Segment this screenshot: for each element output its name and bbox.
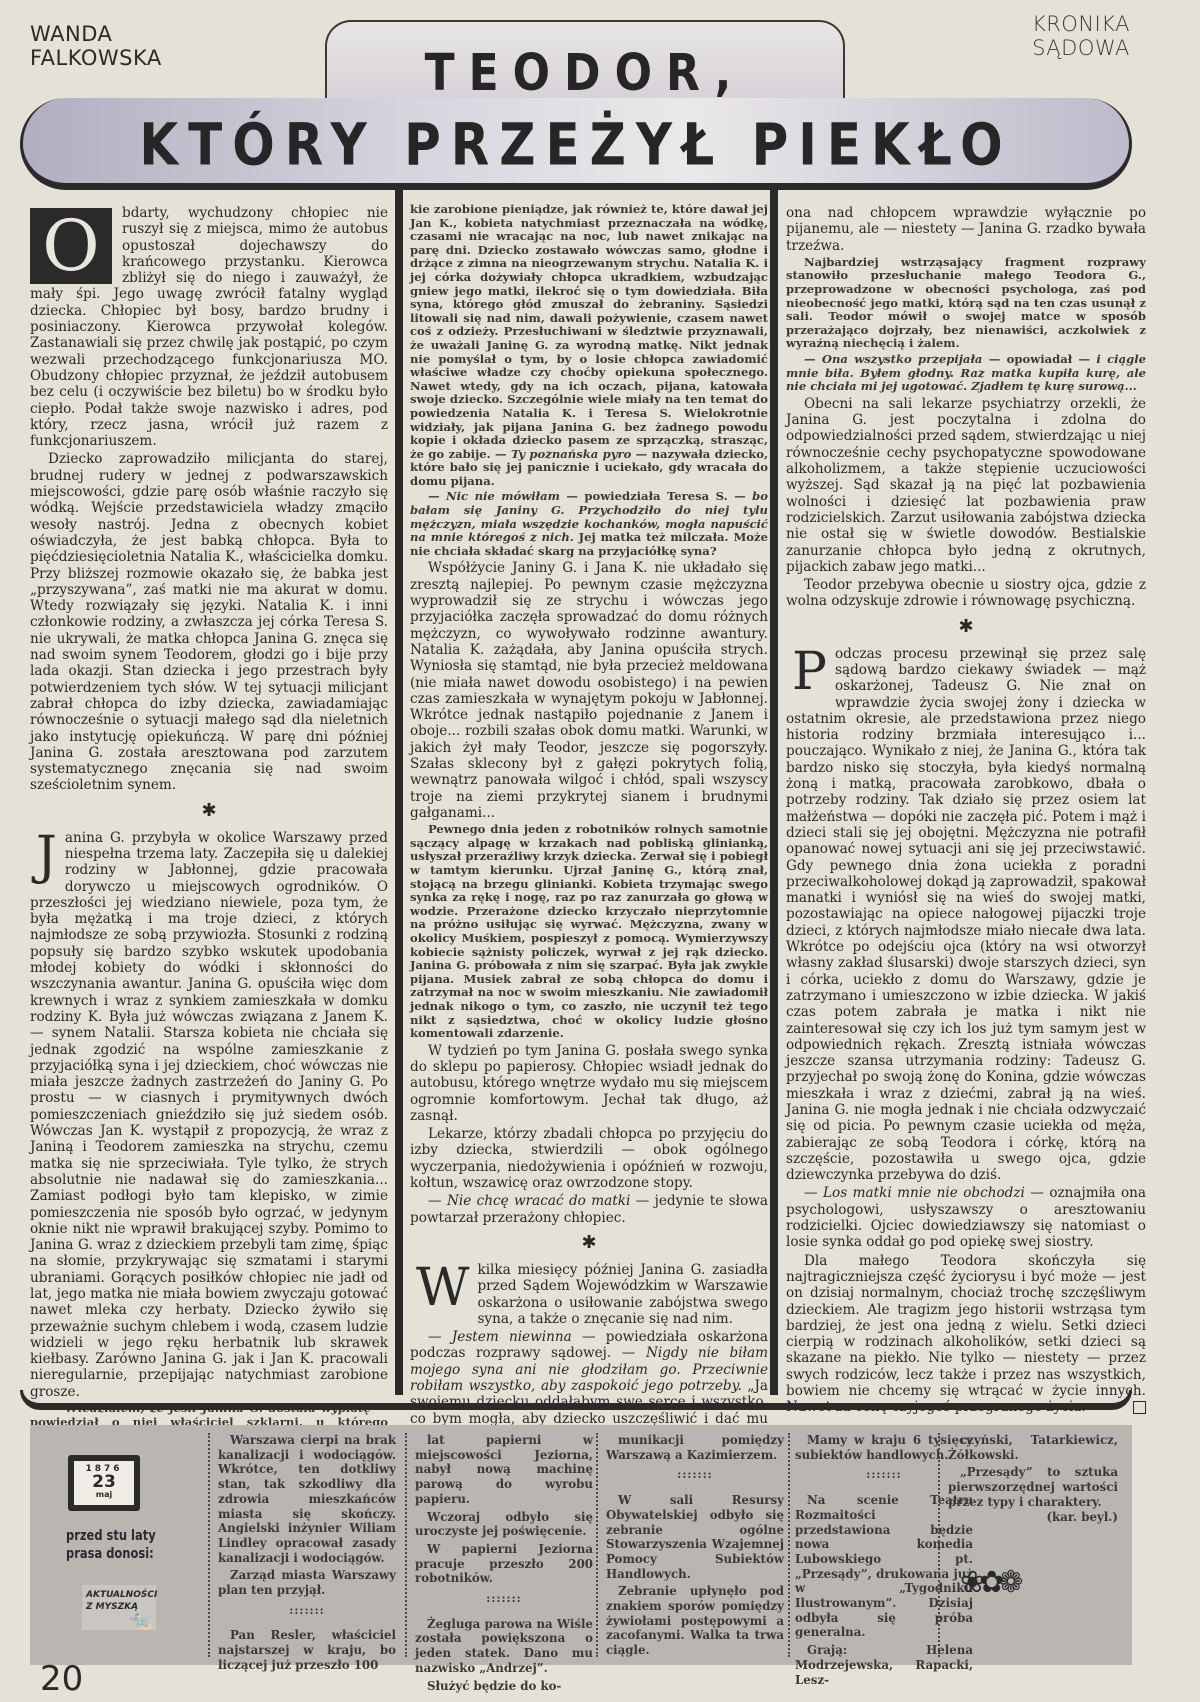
quote-paragraph: — Nic nie mówiłam — powiedziała Teresa S… (410, 490, 768, 558)
dotted-divider (596, 1433, 598, 1657)
section-rubric: KRONIKA SĄDOWA (1032, 12, 1130, 60)
paragraph: Dziecko zaprowadziło milicjanta do stare… (30, 451, 388, 793)
drop-cap-o: O (30, 208, 112, 284)
paragraph: W tydzień po tym Janina G. posłała swego… (410, 1043, 768, 1124)
author-name: WANDA FALKOWSKA (30, 22, 162, 70)
article-column-3: ona nad chłopcem wprawdzie wyłącznie po … (786, 205, 1146, 1418)
paragraph: odczas procesu przewinął się przez salę … (786, 646, 1146, 1184)
paragraph: ona nad chłopcem wprawdzie wyłącznie po … (786, 205, 1146, 254)
drop-cap-w: W (416, 1264, 469, 1312)
paragraph: Teodor przebywa obecnie u siostry ojca, … (786, 577, 1146, 610)
headline-line-1: TEODOR, (325, 44, 845, 103)
history-column-2: lat papierni w miejscowości Jeziorna, na… (415, 1433, 593, 1696)
dotted-divider (405, 1433, 407, 1657)
section-star-icon: ✱ (30, 800, 388, 822)
dotted-divider (938, 1433, 940, 1657)
dotted-divider (788, 1433, 790, 1657)
section-star-icon: ✱ (786, 616, 1146, 638)
history-box: 1876 23 maj przed stu laty prasa donosi:… (30, 1425, 1132, 1665)
headline-line-2: KTÓRY PRZEŻYŁ PIEKŁO (20, 112, 1132, 179)
paragraph: Obecni na sali lekarze psychiatrzy orzek… (786, 396, 1146, 575)
article-frame-bottom (20, 1390, 1132, 1410)
article-column-1: O bdarty, wychudzony chłopiec nie ruszył… (30, 205, 388, 1445)
history-caption: przed stu laty prasa donosi: (66, 1527, 173, 1563)
paragraph: kie zarobione pieniądze, jak również te,… (410, 203, 768, 488)
paragraph: Współżycie Janiny G. i Jana K. nie układ… (410, 560, 768, 821)
history-column-3: munikacji pomiędzy Warszawą a Kazimierze… (606, 1433, 784, 1661)
page-number: 20 (40, 1662, 83, 1696)
dotted-divider (208, 1433, 210, 1657)
end-mark-square-icon (1133, 1401, 1146, 1414)
mouse-icon: 🐀 (86, 1613, 152, 1629)
history-column-5: czyński, Tatarkiewicz, Żółkowski. „Przes… (948, 1433, 1118, 1524)
magazine-page: WANDA FALKOWSKA KRONIKA SĄDOWA TEODOR, K… (0, 0, 1200, 1702)
drop-cap-p: P (792, 648, 827, 696)
calendar-date-icon: 1876 23 maj (68, 1455, 140, 1511)
paragraph: Najbardziej wstrząsający fragment rozpra… (786, 256, 1146, 351)
paragraph: anina G. przybyła w okolice Warszawy prz… (30, 830, 388, 1400)
paragraph: Lekarze, którzy zbadali chłopca po przyj… (410, 1126, 768, 1191)
history-column-1: Warszawa cierpi na brak kanalizacji i wo… (218, 1433, 396, 1676)
history-box-header: 1876 23 maj przed stu laty prasa donosi:… (30, 1425, 210, 1665)
column-rule-1 (395, 190, 403, 1395)
section-star-icon: ✱ (410, 1232, 768, 1254)
paragraph: Pewnego dnia jeden z robotników rolnych … (410, 823, 768, 1041)
aktualnosci-mouse-logo: AKTUALNOŚCI Z MYSZKĄ 🐀 (82, 1585, 156, 1630)
article-column-2: kie zarobione pieniądze, jak również te,… (410, 203, 768, 1529)
quote-paragraph: — Ona wszystko przepijała — opowiadał — … (786, 353, 1146, 394)
signature: (kar. beyl.) (1034, 1510, 1118, 1525)
column-rule-2 (770, 190, 778, 1395)
history-column-4: Mamy w kraju 6 tysięcy subiektów handlow… (795, 1433, 973, 1690)
quote-paragraph: — Los matki mnie nie obchodzi — oznajmił… (786, 1185, 1146, 1250)
quote-paragraph: — Nie chcę wracać do matki — jedynie te … (410, 1193, 768, 1226)
flower-ornament-icon: ❀✿❁ (960, 1565, 1017, 1600)
drop-cap-j: J (36, 832, 57, 880)
